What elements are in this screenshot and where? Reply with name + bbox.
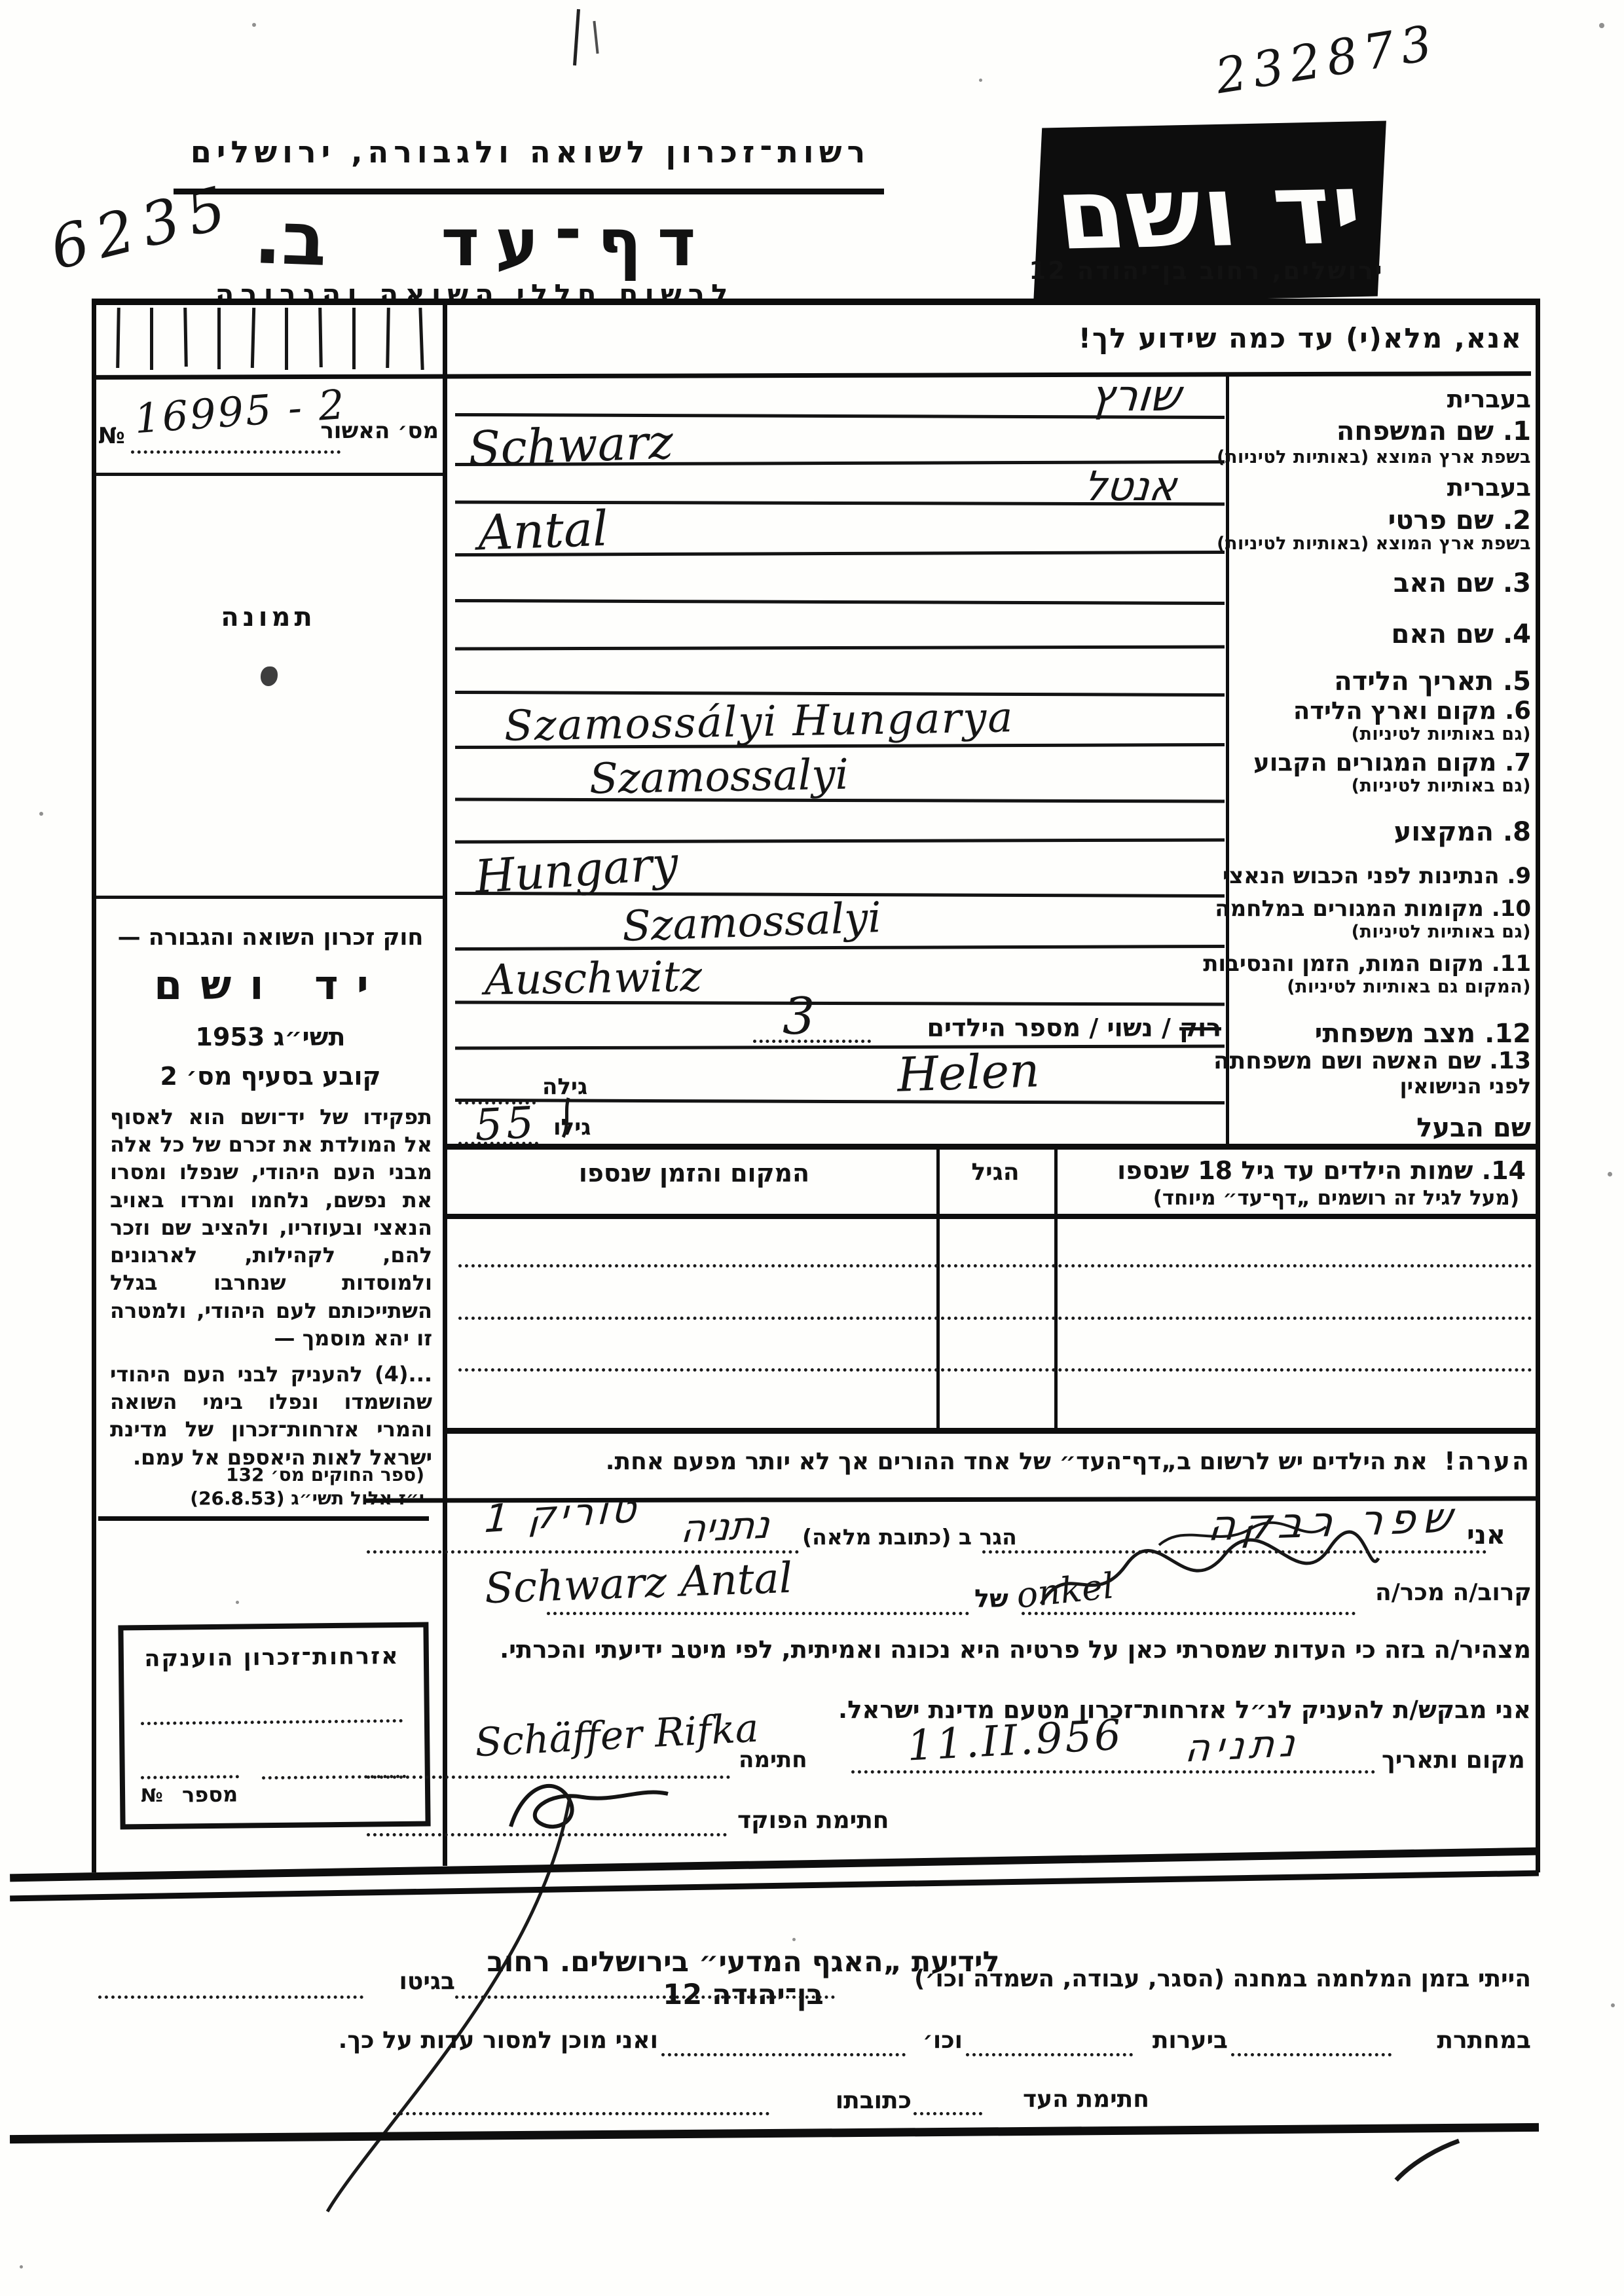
left-column-divider (443, 305, 447, 1866)
place-handwritten: נתניה (1183, 1720, 1302, 1771)
stamp-number-label: מספר (182, 1782, 238, 1808)
husband-age-tick-mark (555, 1095, 581, 1140)
place-date-label: מקום ותאריך (1382, 1747, 1525, 1774)
tally-marks (117, 308, 423, 369)
children-count-value: 3 (783, 987, 815, 1046)
authority-title: רשות־זכרון לשואה ולגבורה, ירושלים (177, 134, 884, 170)
footer-camp-label: הייתי בזמן המלחמה במחנה (הסגר, עבודה, הש… (838, 1965, 1531, 1992)
field-wartime-residence-label: 10. מקומות המגורים במלחמה (1234, 896, 1531, 922)
law-heading-2: יד ושם (107, 961, 434, 1009)
instruction-note: אנא, מלא(י) עד כמה שידוע לך! (1048, 322, 1522, 354)
children-table-row-line (458, 1317, 1532, 1320)
dotted-line (131, 450, 341, 454)
declaration-request: אני מבקש/ת להעניק לנ״ל אזרחות־זכרון מטעם… (740, 1696, 1531, 1724)
field-residence-sublabel: (גם באותיות לטיניות) (1238, 776, 1531, 796)
children-table-title: 14. שמות הילדים עד גיל 18 שנספו (1067, 1156, 1526, 1185)
dotted-line (98, 1995, 363, 1999)
footer-underground-label: במחתרת (1393, 2027, 1531, 2054)
dotted-line (851, 1770, 1375, 1774)
declaration-statement: מצהיר/ה בזה כי העדות שמסרתי כאן על פרטיה… (367, 1635, 1531, 1664)
note-text: את הילדים יש לרשום ב„דף־העד״ של אחד ההור… (452, 1448, 1428, 1475)
marital-option-single: רוק (1179, 1013, 1221, 1042)
dotted-line (1022, 1612, 1356, 1615)
children-table-row-line (458, 1368, 1532, 1372)
field-marital-status-label: 12. מצב משפחתי (1238, 1019, 1531, 1049)
field-husband-name-label: שם הבעל (1238, 1113, 1531, 1143)
family-name-value-hebrew: שורץ (1088, 371, 1183, 421)
form-title-letter-mark: ב. (253, 195, 328, 283)
children-table-subtitle: (מעל לגיל זה רושמים „דף־עד״ מיוחד) (1067, 1186, 1519, 1210)
field-family-name-sublabel: בשפת ארץ המוצא (באותיות לטיניות) (1238, 447, 1531, 467)
children-table-row-line (458, 1264, 1532, 1267)
tally-tick (150, 308, 153, 370)
tally-tick (217, 308, 221, 369)
footer-witness-signature-label: חתימת העד (986, 2086, 1149, 2113)
footer-forests-label: ביערות (1136, 2027, 1228, 2054)
bottom-right-pen-mark (1388, 2136, 1467, 2188)
yad-vashem-logo-text: יד ושם (1051, 152, 1369, 272)
note-label: הערה! (1437, 1447, 1531, 1476)
ruled-line (98, 1516, 429, 1521)
law-source-1: (ספר החוקים מס׳ 132 (110, 1464, 424, 1485)
catalog-number-handwritten: 232873 (1211, 14, 1442, 105)
dotted-line (966, 2053, 1133, 2056)
husband-age-value: 55 (473, 1097, 539, 1151)
footer-bottom-line (10, 2123, 1539, 2143)
birth-place-value: Szamossályi Hungarya (504, 693, 1014, 751)
approval-number-sign: № (98, 423, 125, 449)
field-residence-label: 7. מקום המגורים הקבוע (1238, 748, 1531, 776)
ink-scratch (593, 21, 599, 54)
field-first-name-label: 2. שם פרטי (1238, 505, 1531, 536)
table-border (447, 1214, 1536, 1219)
dotted-line (913, 2112, 982, 2115)
field-first-name-sublabel: בשפת ארץ המוצא (באותיות לטיניות) (1238, 534, 1531, 554)
family-name-value-latin: Schwarz (468, 414, 674, 477)
relation-scribble (1022, 1519, 1388, 1624)
field-wife-name-sublabel: לפני הנישואין (1238, 1074, 1531, 1099)
marital-options-rest: / נשוי / מספר הילדים (927, 1013, 1179, 1042)
tally-tick (318, 308, 323, 367)
children-table-age-header: הגיל (939, 1159, 1052, 1186)
table-column-divider (1054, 1144, 1058, 1428)
tally-tick (386, 308, 390, 368)
tally-tick (183, 308, 188, 367)
field-birth-date-label: 5. תאריך הלידה (1238, 666, 1531, 697)
tally-tick (352, 308, 356, 369)
footer-address-label: כתובתו (773, 2087, 912, 2114)
first-name-value-latin: Antal (477, 501, 610, 562)
children-table-place-header: המקום והזמן שנספו (452, 1159, 936, 1188)
stamp-number-sign: № (141, 1785, 163, 1806)
field-father-name-label: 3. שם האב (1238, 568, 1531, 598)
dotted-line (547, 1612, 969, 1615)
field-birth-place-sublabel: (גם באותיות לטיניות) (1238, 724, 1531, 744)
field-wife-name-label: 13. שם האשה ושם משפחתה (1234, 1048, 1531, 1074)
ink-scratch (573, 9, 580, 65)
labels-column-divider (1226, 374, 1229, 1144)
dotted-line (1231, 2053, 1392, 2056)
field-mother-name-label: 4. שם האם (1238, 619, 1531, 649)
ruled-line (96, 896, 443, 899)
ruled-line (96, 473, 443, 476)
law-heading-3: תשי״ג 1953 (107, 1023, 434, 1051)
first-name-value-hebrew: אנטל (1081, 462, 1179, 510)
dotted-line (367, 1550, 799, 1554)
field-birth-place-label: 6. מקום וארץ הלידה (1238, 697, 1531, 725)
field-family-name-hebrew-label: בעברית (1238, 385, 1531, 413)
dotted-line (455, 1995, 835, 1999)
clerk-signature-label: חתימת הפוקד (737, 1807, 889, 1834)
declaration-relative-label: קרוב/ה מכר/ה (1375, 1579, 1532, 1606)
field-family-name-label: 1. שם המשפחה (1238, 416, 1531, 446)
field-death-place-sublabel: (המקום גם באותיות לטיניות) (1238, 977, 1531, 997)
declaration-i-label: אני (1467, 1520, 1505, 1550)
table-column-divider (936, 1144, 940, 1428)
footer-ready-to-testify: ואני מוכן למסור עדות על כך. (236, 2027, 658, 2054)
footer-etc-label: וכו׳ (909, 2027, 963, 2054)
approval-number-label: מס׳ האשור (334, 418, 439, 444)
field-wartime-residence-sublabel: (גם באותיות לטיניות) (1238, 922, 1531, 942)
wife-name-value: Helen (896, 1042, 1041, 1102)
photo-placeholder-label: תמונה (187, 602, 350, 632)
dotted-line (393, 2112, 769, 2115)
footer-ghetto-label: בגיטו (367, 1968, 455, 1995)
law-heading-1: חוק זכרון השואה והגבורה — (107, 924, 434, 951)
field-first-name-hebrew-label: בעברית (1238, 473, 1531, 501)
field-death-place-label: 11. מקום המות, הזמן והנסיבות (1234, 951, 1531, 977)
residence-value: Szamossalyi (589, 751, 849, 804)
tally-tick (285, 308, 288, 370)
death-place-value: Auschwitz (484, 953, 702, 1005)
page-of-testimony-scan: 232873 6235 רשות־זכרון לשואה ולגבורה, יר… (0, 0, 1624, 2296)
law-paragraph-1: תפקידו של יד־ושם הוא לאסוף אל המולדת את … (110, 1103, 432, 1352)
table-border (447, 1144, 1536, 1150)
marital-options: רוק / נשוי / מספר הילדים (838, 1013, 1221, 1042)
header-divider (174, 189, 884, 194)
field-citizenship-label: 9. הנתינות לפני הכבוש הנאצי (1234, 863, 1531, 889)
law-paragraph-2: ‏...(4) להעניק לבני העם היהודי שהושמדו ו… (110, 1360, 432, 1471)
dotted-line (661, 2053, 906, 2056)
declaration-of-label: של (974, 1584, 1008, 1613)
field-profession-label: 8. המקצוע (1238, 817, 1531, 847)
tally-tick (251, 308, 255, 368)
form-title: דף־עד (406, 204, 747, 281)
witness-address-handwritten: נתניה (679, 1502, 771, 1551)
wartime-residence-value: Szamossalyi (621, 894, 882, 951)
declaration-resides-label: הגר ב (כתובת מלאה) (802, 1524, 1017, 1550)
law-heading-4: קובע בסעיף מס׳ 2 (107, 1062, 434, 1091)
table-border (447, 1428, 1536, 1434)
logo-address: ירושלים, רחוב בן־יהודה 12 (1028, 257, 1385, 285)
tally-tick (116, 308, 120, 368)
